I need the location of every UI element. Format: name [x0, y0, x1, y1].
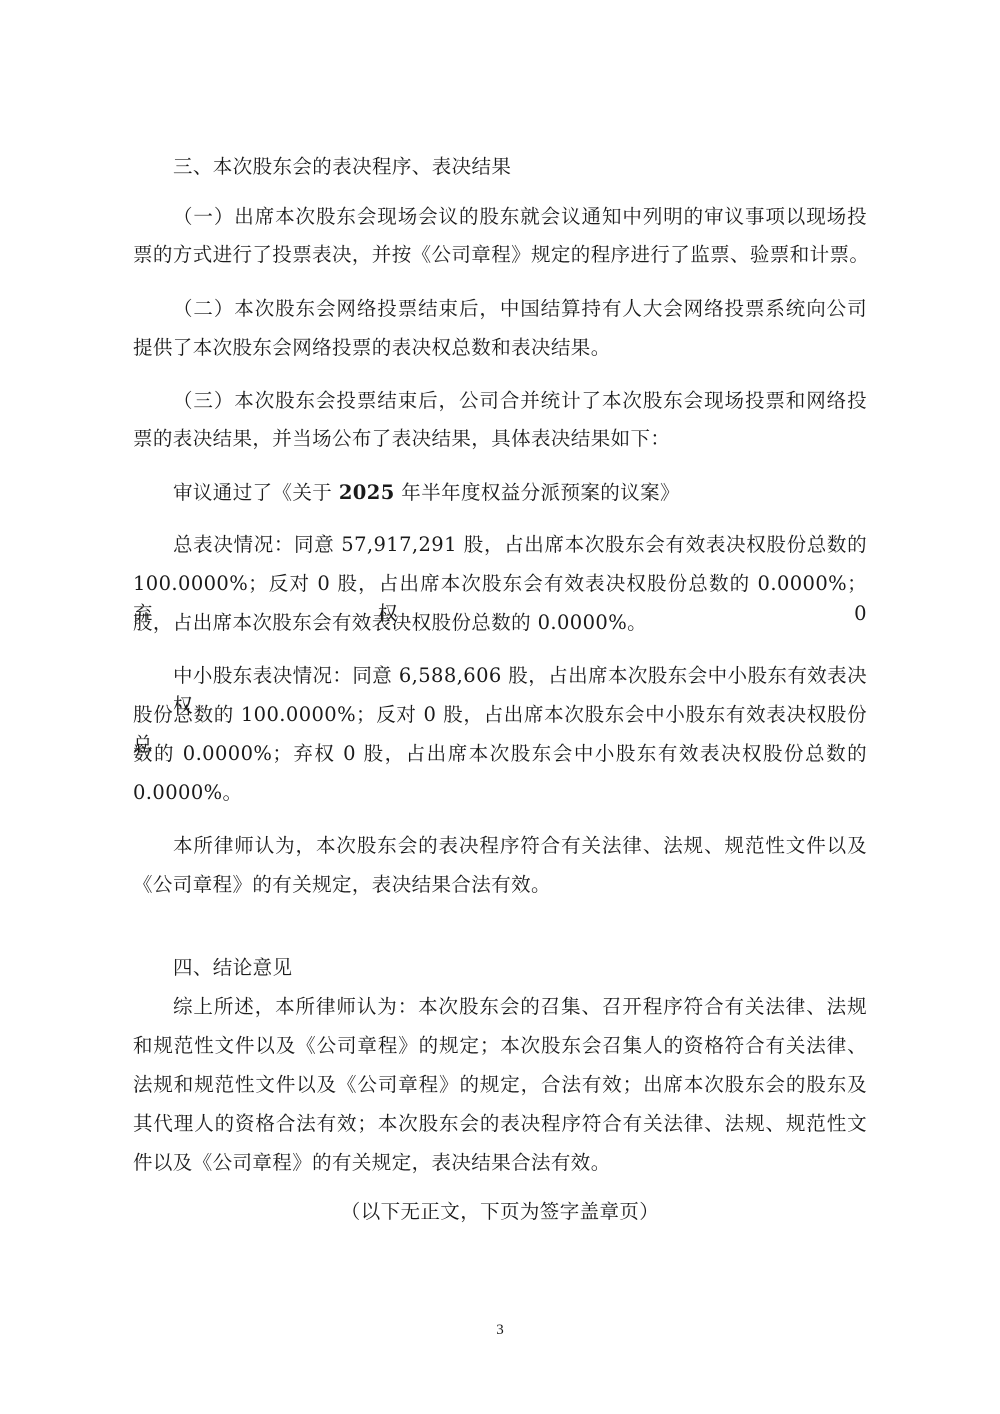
section-3-heading: 三、本次股东会的表决程序、表决结果 — [133, 152, 867, 182]
resolution-suffix: 年半年度权益分派预案的议案》 — [401, 481, 680, 504]
conclusion-line-3: 法规和规范性文件以及《公司章程》的规定，合法有效；出席本次股东会的股东及 — [133, 1070, 867, 1100]
conclusion-line-4: 其代理人的资格合法有效；本次股东会的表决程序符合有关法律、法规、规范性文 — [133, 1109, 867, 1139]
para-1-line-2: 票的方式进行了投票表决，并按《公司章程》规定的程序进行了监票、验票和计票。 — [133, 240, 867, 270]
total-vote-line-1: 总表决情况：同意 57,917,291 股，占出席本次股东会有效表决权股份总数的 — [133, 530, 867, 560]
document-page: 三、本次股东会的表决程序、表决结果 （一）出席本次股东会现场会议的股东就会议通知… — [0, 0, 1000, 1414]
para-2-line-2: 提供了本次股东会网络投票的表决权总数和表决结果。 — [133, 333, 867, 363]
resolution-title: 审议通过了《关于 2025 年半年度权益分派预案的议案》 — [133, 478, 867, 508]
para-3-line-2: 票的表决结果，并当场公布了表决结果，具体表决结果如下： — [133, 424, 867, 454]
para-1-line-1: （一）出席本次股东会现场会议的股东就会议通知中列明的审议事项以现场投 — [133, 202, 867, 232]
conclusion-line-5: 件以及《公司章程》的有关规定，表决结果合法有效。 — [133, 1148, 867, 1178]
resolution-prefix: 审议通过了《关于 — [173, 481, 332, 504]
para-2-line-1: （二）本次股东会网络投票结束后，中国结算持有人大会网络投票系统向公司 — [133, 294, 867, 324]
para-3-line-1: （三）本次股东会投票结束后，公司合并统计了本次股东会现场投票和网络投 — [133, 386, 867, 416]
page-number: 3 — [0, 1322, 1000, 1339]
lawyer-opinion-line-2: 《公司章程》的有关规定，表决结果合法有效。 — [133, 870, 867, 900]
minority-vote-line-4: 0.0000%。 — [133, 778, 867, 808]
conclusion-line-2: 和规范性文件以及《公司章程》的规定；本次股东会召集人的资格符合有关法律、 — [133, 1031, 867, 1061]
end-note: （以下无正文，下页为签字盖章页） — [133, 1197, 867, 1227]
lawyer-opinion-line-1: 本所律师认为，本次股东会的表决程序符合有关法律、法规、规范性文件以及 — [133, 831, 867, 861]
total-vote-line-3: 股，占出席本次股东会有效表决权股份总数的 0.0000%。 — [133, 608, 867, 638]
resolution-year: 2025 — [339, 481, 395, 504]
conclusion-line-1: 综上所述，本所律师认为：本次股东会的召集、召开程序符合有关法律、法规 — [133, 992, 867, 1022]
section-4-heading: 四、结论意见 — [133, 953, 867, 983]
minority-vote-line-3: 数的 0.0000%；弃权 0 股，占出席本次股东会中小股东有效表决权股份总数的 — [133, 739, 867, 769]
